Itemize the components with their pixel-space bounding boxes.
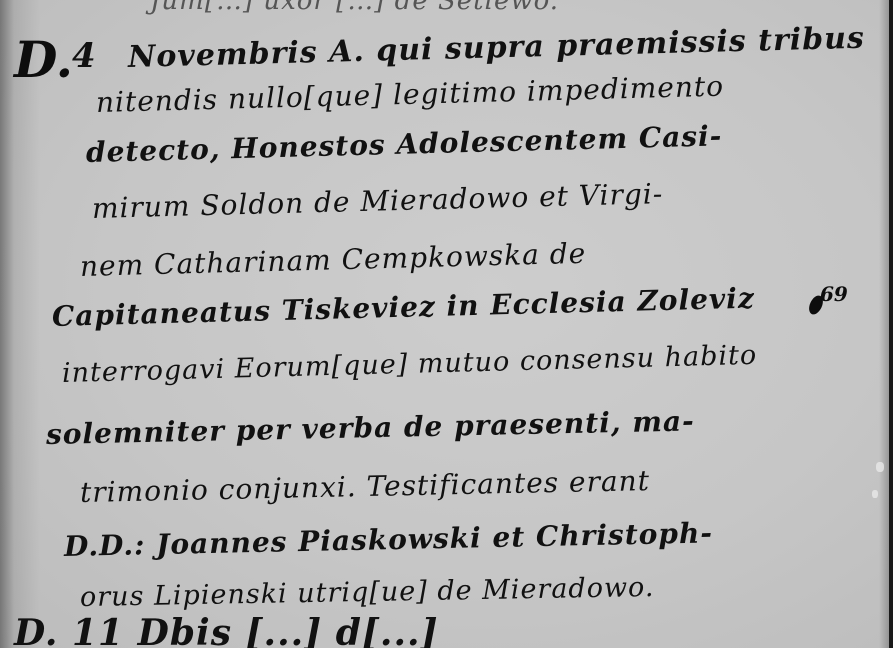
entry-line-11: orus Lipienski utriq[ue] de Mieradowo. <box>80 572 655 613</box>
previous-entry-tail: Jum[…] uxor […] de Setlewo. <box>150 0 559 16</box>
entry-day: 4 <box>72 36 97 76</box>
entry-line-7: interrogavi Eorum[que] mutuo consensu ha… <box>62 340 758 389</box>
page-edge <box>889 0 893 648</box>
page-edge-shadow <box>879 0 889 648</box>
entry-line-1: Novembris A. qui supra praemissis tribus <box>128 21 866 75</box>
entry-line-2: nitendis nullo[que] legitimo impedimento <box>96 70 725 119</box>
margin-note: D. <box>14 30 73 89</box>
next-entry-start: D. 11 Dbis [...] d[...] <box>14 612 439 648</box>
entry-line-10: D.D.: Joannes Piaskowski et Christoph- <box>64 516 714 563</box>
entry-line-5: nem Catharinam Cempkowska de <box>80 237 587 283</box>
register-page: Jum[…] uxor […] de Setlewo. D. 4 Novembr… <box>0 0 893 648</box>
paper-speck <box>872 490 878 498</box>
entry-line-9: trimonio conjunxi. Testificantes erant <box>80 464 651 509</box>
entry-line-3: detecto, Honestos Adolescentem Casi- <box>86 119 723 169</box>
entry-line-4: mirum Soldon de Mieradowo et Virgi- <box>92 177 664 225</box>
margin-mark: 69 <box>820 282 848 306</box>
paper-speck <box>876 462 884 472</box>
entry-line-8: solemniter per verba de praesenti, ma- <box>46 404 695 451</box>
entry-line-6: Capitaneatus Tiskeviez in Ecclesia Zolev… <box>52 282 756 333</box>
